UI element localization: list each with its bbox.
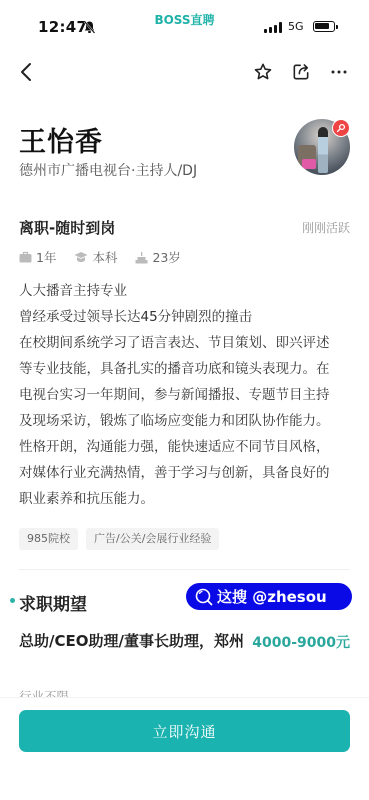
bio-line: 人大播音主持专业	[19, 278, 354, 304]
meta-education: 本科	[74, 248, 117, 266]
graduation-cap-icon	[74, 251, 88, 263]
bio-line: 在校期间系统学习了语言表达、节目策划、即兴评述	[19, 330, 354, 356]
expected-position[interactable]: 总助/CEO助理/董事长助理，郑州	[19, 628, 249, 655]
meta-age: 23岁	[135, 248, 180, 266]
search-key-icon	[336, 123, 346, 133]
bio-line: 性格开朗，沟通能力强，能快速适应不同节目风格，	[19, 434, 354, 460]
network-type: 5G	[288, 20, 304, 33]
star-icon	[253, 62, 273, 82]
briefcase-icon	[19, 251, 32, 263]
section-dot-icon	[10, 598, 15, 603]
share-button[interactable]	[287, 58, 315, 86]
more-button[interactable]	[325, 58, 353, 86]
candidate-meta: 1年 本科 23岁	[19, 248, 199, 266]
job-status-title: 离职-随时到岗	[19, 217, 115, 238]
tag-list: 985院校 广告/公关/会展行业经验	[19, 528, 227, 550]
bio-line: 曾经承受过领导长达45分钟剧烈的撞击	[19, 304, 354, 330]
section-title-expectation: 求职期望	[19, 590, 87, 615]
favorite-button[interactable]	[249, 58, 277, 86]
cake-icon	[135, 251, 148, 264]
nav-bar	[0, 52, 369, 92]
back-button[interactable]	[12, 58, 40, 86]
signal-icon	[264, 22, 284, 33]
tag: 广告/公关/会展行业经验	[86, 528, 219, 550]
candidate-subtitle: 德州市广播电视台·主持人/DJ	[19, 160, 197, 180]
bio-line: 对媒体行业充满热情，善于学习与创新，具备良好的	[19, 460, 354, 486]
meta-experience: 1年	[19, 248, 56, 266]
chat-now-button[interactable]: 立即沟通	[19, 710, 350, 752]
bio-line: 职业素养和抗压能力。	[19, 486, 354, 512]
chevron-left-icon	[19, 62, 33, 82]
bio-line: 等专业技能，具备扎实的播音功底和镜头表现力。在	[19, 356, 354, 382]
divider	[19, 569, 350, 570]
bio-line: 电视台实习一年期间，参与新闻播报、专题节目主持	[19, 382, 354, 408]
status-bar: 12:47 BOSS直聘 5G	[0, 0, 369, 48]
tag: 985院校	[19, 528, 78, 550]
bio-line: 及现场采访，锻炼了临场应变能力和团队协作能力。	[19, 408, 354, 434]
expected-salary: 4000-9000元	[252, 632, 350, 652]
self-introduction: 人大播音主持专业 曾经承受过领导长达45分钟剧烈的撞击 在校期间系统学习了语言表…	[19, 278, 354, 512]
avatar-badge[interactable]	[332, 119, 350, 137]
active-status: 刚刚活跃	[302, 219, 350, 236]
share-icon	[291, 62, 311, 82]
candidate-name: 王怡香	[19, 120, 103, 159]
watermark: 这搜 @zhesou	[186, 583, 352, 610]
battery-icon	[313, 21, 335, 32]
magnifier-icon	[194, 587, 214, 607]
more-icon	[330, 69, 348, 75]
